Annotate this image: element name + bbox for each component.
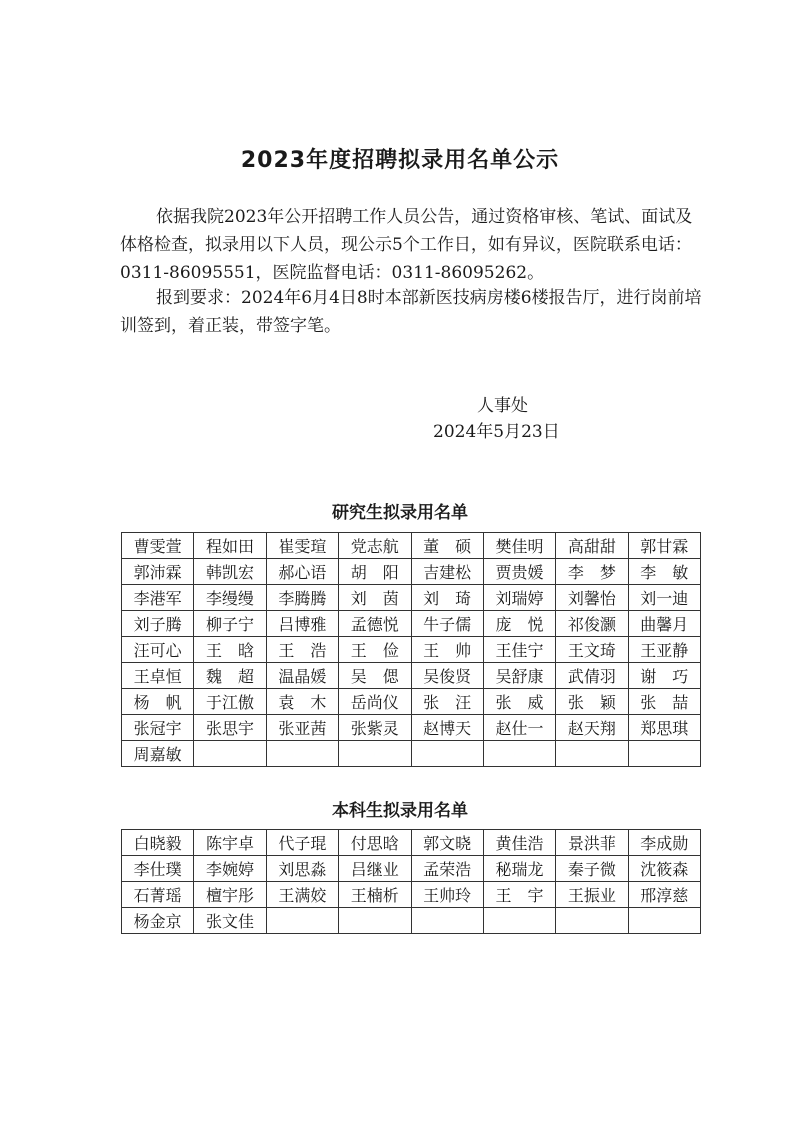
name-cell [194,741,266,767]
name-cell: 庞 悦 [483,611,555,637]
name-cell: 郭甘霖 [628,533,700,559]
name-cell: 王 帅 [411,637,483,663]
name-cell: 贾贵媛 [483,559,555,585]
name-cell [411,741,483,767]
table-row: 李港军李缦缦李腾腾刘 茵刘 琦刘瑞婷刘馨怡刘一迪 [122,585,701,611]
name-cell: 魏 超 [194,663,266,689]
name-cell: 黄佳浩 [483,830,555,856]
name-cell: 张亚茜 [266,715,338,741]
name-cell: 岳尚仪 [339,689,411,715]
name-cell: 张 喆 [628,689,700,715]
name-cell: 韩凯宏 [194,559,266,585]
name-cell: 杨 帆 [122,689,194,715]
name-cell: 郝心语 [266,559,338,585]
name-cell: 张 汪 [411,689,483,715]
name-cell: 王楠析 [339,882,411,908]
name-cell [339,741,411,767]
name-cell: 曹雯萱 [122,533,194,559]
name-cell: 郭沛霖 [122,559,194,585]
name-cell: 刘一迪 [628,585,700,611]
name-cell: 付思晗 [339,830,411,856]
name-cell: 吕博雅 [266,611,338,637]
name-cell: 郑思琪 [628,715,700,741]
name-cell: 吴俊贤 [411,663,483,689]
name-cell [339,908,411,934]
name-cell [556,908,628,934]
name-cell: 王帅玲 [411,882,483,908]
name-cell: 刘瑞婷 [483,585,555,611]
name-cell: 王 宇 [483,882,555,908]
name-cell: 孟德悦 [339,611,411,637]
name-cell [411,908,483,934]
table-row: 刘子腾柳子宁吕博雅孟德悦牛子儒庞 悦祁俊灏曲馨月 [122,611,701,637]
name-cell: 于江傲 [194,689,266,715]
name-cell: 张 威 [483,689,555,715]
name-cell: 王满姣 [266,882,338,908]
name-cell: 孟荣浩 [411,856,483,882]
name-cell: 王卓恒 [122,663,194,689]
name-cell [266,741,338,767]
notice-paragraph: 依据我院2023年公开招聘工作人员公告，通过资格审核、笔试、面试及体格检查，拟录… [120,203,705,287]
table-row: 张冠宇张思宇张亚茜张紫灵赵博天赵仕一赵天翔郑思琪 [122,715,701,741]
graduate-names-table: 曹雯萱程如田崔雯瑄党志航董 硕樊佳明高甜甜郭甘霖郭沛霖韩凯宏郝心语胡 阳吉建松贾… [121,532,701,767]
name-cell: 杨金京 [122,908,194,934]
name-cell: 程如田 [194,533,266,559]
table-row: 石菁瑶檀宇彤王满姣王楠析王帅玲王 宇王振业邢淳慈 [122,882,701,908]
name-cell: 王振业 [556,882,628,908]
table-row: 杨 帆于江傲袁 木岳尚仪张 汪张 威张 颖张 喆 [122,689,701,715]
name-cell: 王 晗 [194,637,266,663]
name-cell: 刘 茵 [339,585,411,611]
notice-text: 依据我院2023年公开招聘工作人员公告，通过资格审核、笔试、面试及体格检查，拟录… [120,207,692,283]
name-cell: 李港军 [122,585,194,611]
name-cell: 赵天翔 [556,715,628,741]
name-cell [483,741,555,767]
table-row: 李仕璞李婉婷刘思淼吕继业孟荣浩秘瑞龙秦子微沈筱森 [122,856,701,882]
name-cell [483,908,555,934]
name-cell: 刘子腾 [122,611,194,637]
name-cell: 吴 偲 [339,663,411,689]
name-cell: 董 硕 [411,533,483,559]
name-cell: 王亚静 [628,637,700,663]
table-row: 白晓毅陈宇卓代子琨付思晗郭文晓黄佳浩景洪菲李成勋 [122,830,701,856]
name-cell: 陈宇卓 [194,830,266,856]
name-cell: 柳子宁 [194,611,266,637]
name-cell: 赵仕一 [483,715,555,741]
name-cell: 景洪菲 [556,830,628,856]
name-cell: 吕继业 [339,856,411,882]
name-cell: 李婉婷 [194,856,266,882]
table-row: 王卓恒魏 超温晶媛吴 偲吴俊贤吴舒康武倩羽谢 巧 [122,663,701,689]
graduate-table-title: 研究生拟录用名单 [0,498,800,523]
name-cell: 王 俭 [339,637,411,663]
name-cell: 李 梦 [556,559,628,585]
name-cell: 祁俊灏 [556,611,628,637]
name-cell: 石菁瑶 [122,882,194,908]
table-row: 周嘉敏 [122,741,701,767]
name-cell: 胡 阳 [339,559,411,585]
undergraduate-names-table: 白晓毅陈宇卓代子琨付思晗郭文晓黄佳浩景洪菲李成勋李仕璞李婉婷刘思淼吕继业孟荣浩秘… [121,829,701,934]
name-cell: 张 颖 [556,689,628,715]
name-cell: 王文琦 [556,637,628,663]
name-cell: 谢 巧 [628,663,700,689]
report-requirement-paragraph: 报到要求：2024年6月4日8时本部新医技病房楼6楼报告厅，进行岗前培训签到，着… [120,284,705,340]
name-cell: 牛子儒 [411,611,483,637]
name-cell: 邢淳慈 [628,882,700,908]
name-cell: 秘瑞龙 [483,856,555,882]
table-row: 郭沛霖韩凯宏郝心语胡 阳吉建松贾贵媛李 梦李 敏 [122,559,701,585]
signature-date: 2024年5月23日 [433,418,560,446]
name-cell: 沈筱森 [628,856,700,882]
name-cell: 汪可心 [122,637,194,663]
name-cell: 崔雯瑄 [266,533,338,559]
name-cell: 郭文晓 [411,830,483,856]
name-cell: 刘思淼 [266,856,338,882]
name-cell: 曲馨月 [628,611,700,637]
name-cell: 王 浩 [266,637,338,663]
name-cell: 吉建松 [411,559,483,585]
name-cell: 周嘉敏 [122,741,194,767]
name-cell: 代子琨 [266,830,338,856]
name-cell: 李成勋 [628,830,700,856]
name-cell: 温晶媛 [266,663,338,689]
undergraduate-table-title: 本科生拟录用名单 [0,796,800,821]
name-cell: 武倩羽 [556,663,628,689]
name-cell [628,741,700,767]
name-cell: 赵博天 [411,715,483,741]
name-cell: 李腾腾 [266,585,338,611]
name-cell: 高甜甜 [556,533,628,559]
name-cell: 檀宇彤 [194,882,266,908]
name-cell: 张紫灵 [339,715,411,741]
name-cell: 白晓毅 [122,830,194,856]
name-cell: 李 敏 [628,559,700,585]
name-cell: 张文佳 [194,908,266,934]
name-cell: 党志航 [339,533,411,559]
name-cell: 王佳宁 [483,637,555,663]
report-requirement-text: 报到要求：2024年6月4日8时本部新医技病房楼6楼报告厅，进行岗前培训签到，着… [120,288,702,336]
name-cell: 樊佳明 [483,533,555,559]
table-row: 杨金京张文佳 [122,908,701,934]
name-cell: 张思宇 [194,715,266,741]
name-cell [628,908,700,934]
name-cell [266,908,338,934]
table-row: 汪可心王 晗王 浩王 俭王 帅王佳宁王文琦王亚静 [122,637,701,663]
signature-department: 人事处 [477,392,528,420]
name-cell: 吴舒康 [483,663,555,689]
name-cell: 李仕璞 [122,856,194,882]
name-cell: 刘馨怡 [556,585,628,611]
page-title: 2023年度招聘拟录用名单公示 [0,143,800,174]
name-cell: 李缦缦 [194,585,266,611]
name-cell: 袁 木 [266,689,338,715]
name-cell: 张冠宇 [122,715,194,741]
name-cell: 秦子微 [556,856,628,882]
name-cell: 刘 琦 [411,585,483,611]
table-row: 曹雯萱程如田崔雯瑄党志航董 硕樊佳明高甜甜郭甘霖 [122,533,701,559]
name-cell [556,741,628,767]
